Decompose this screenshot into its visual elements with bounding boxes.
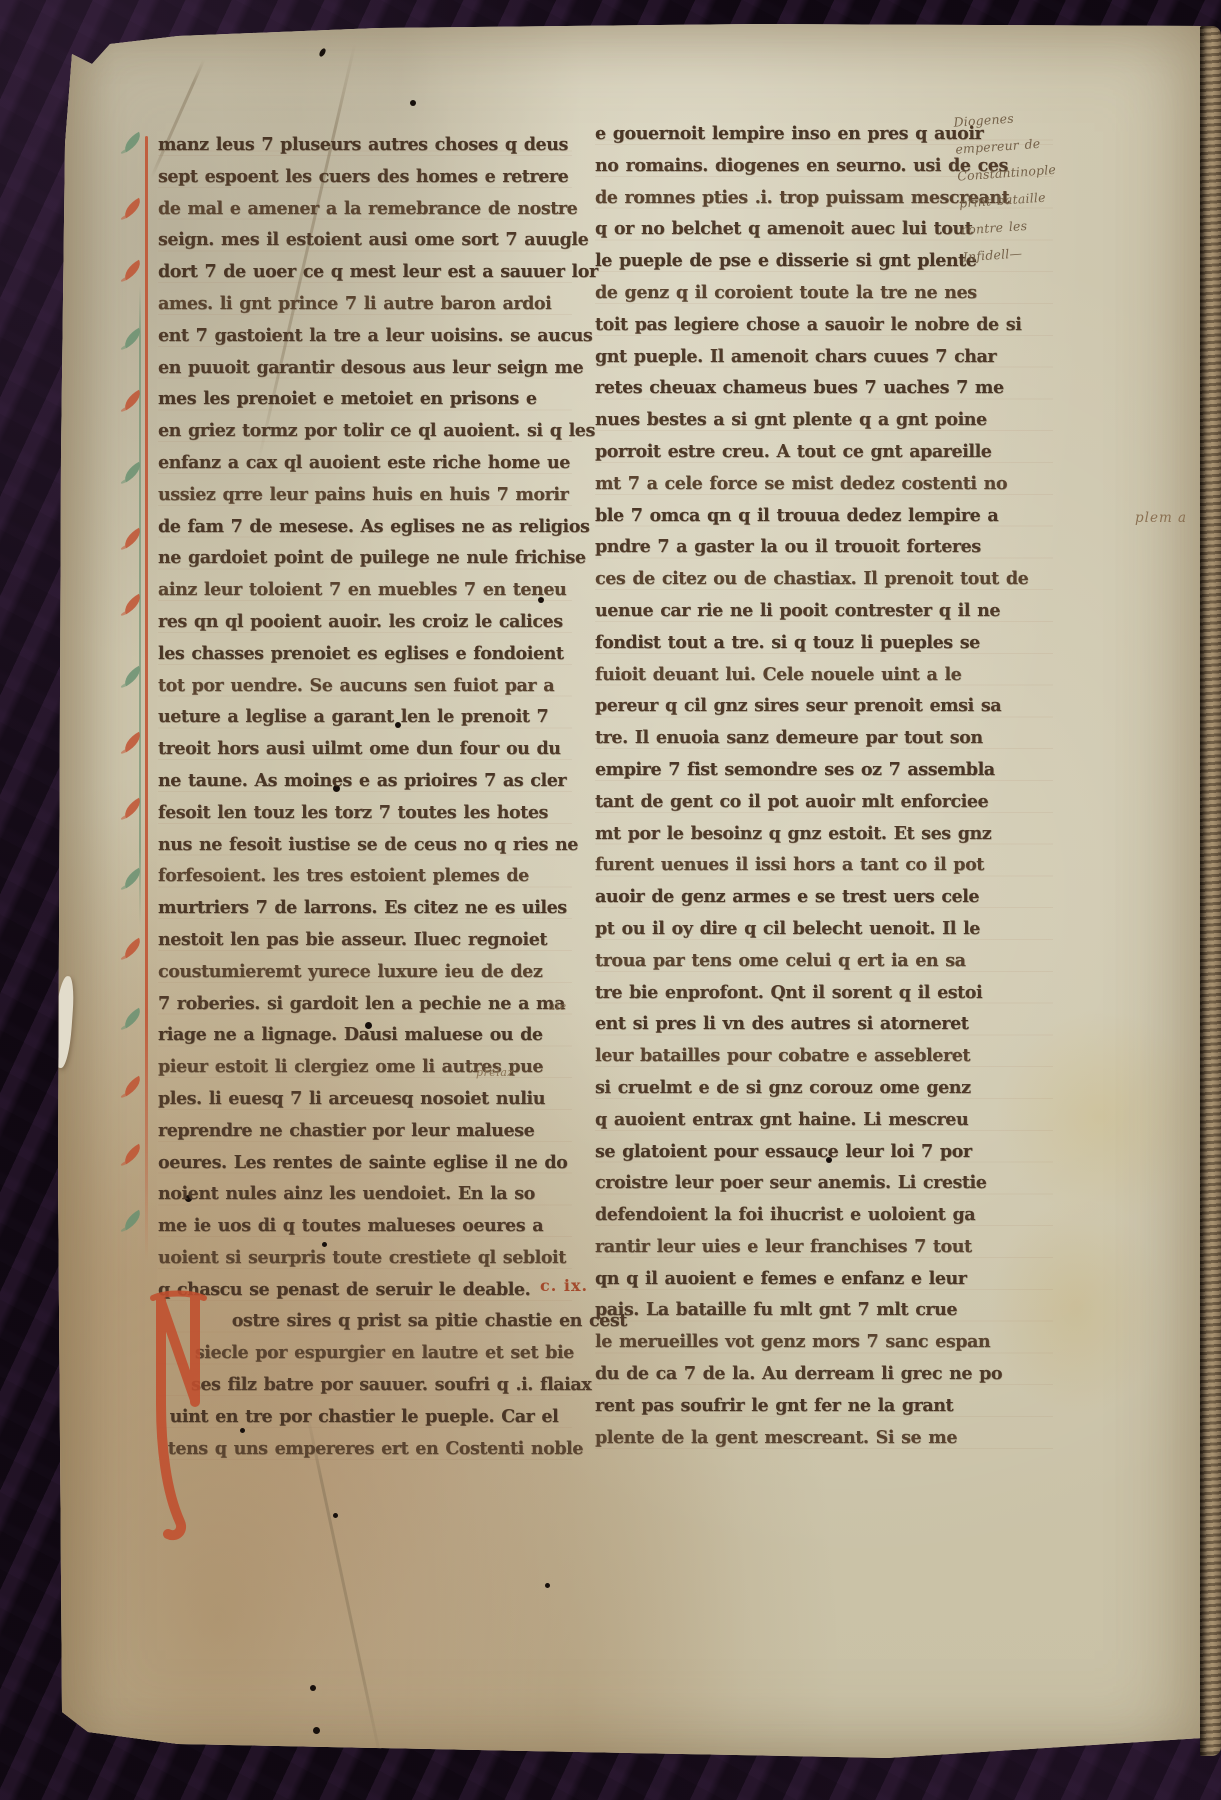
- parchment-edge-tear: [52, 976, 75, 1069]
- manuscript-text-line: auoir de genz armes e se trest uers cele: [595, 881, 1039, 913]
- manuscript-text-line: ames. li gnt prince 7 li autre baron ard…: [158, 288, 560, 320]
- manuscript-text-line: pereur q cil gnz sires seur prenoit emsi…: [595, 690, 1039, 722]
- pen-flourish-leaf: [120, 1144, 144, 1164]
- manuscript-text-line: tre bie enprofont. Qnt il sorent q il es…: [595, 977, 1039, 1009]
- manuscript-text-line: qn q il auoient e femes e enfanz e leur: [595, 1263, 1039, 1295]
- manuscript-text-line: tens q uns empereres ert en Costenti nob…: [158, 1433, 560, 1465]
- manuscript-text-line: dort 7 de uoer ce q mest leur est a sauu…: [158, 256, 560, 288]
- manuscript-text-line: tre. Il enuoia sanz demeure par tout son: [595, 722, 1039, 754]
- manuscript-text-line: pt ou il oy dire q cil belecht uenoit. I…: [595, 913, 1039, 945]
- ink-speck: [545, 1583, 550, 1588]
- manuscript-text-line: fuioit deuant lui. Cele nouele uint a le: [595, 659, 1039, 691]
- manuscript-text-line: plente de la gent mescreant. Si se me: [595, 1422, 1039, 1454]
- manuscript-text-line: tot por uendre. Se aucuns sen fuiot par …: [158, 670, 560, 702]
- green-border-line: [139, 286, 141, 926]
- red-border-line: [145, 136, 148, 1261]
- manuscript-text-line: de genz q il coroient toute la tre ne ne…: [595, 277, 1039, 309]
- manuscript-text-line: se glatoient pour essauce leur loi 7 por: [595, 1136, 1039, 1168]
- manuscript-text-line: de mal e amener a la remebrance de nostr…: [158, 193, 560, 225]
- manuscript-text-line: q auoient entrax gnt haine. Li mescreu: [595, 1104, 1039, 1136]
- later-marginal-annotation: Diogenesempereur deConstantinopleprint b…: [953, 96, 1154, 271]
- manuscript-text-line: troua par tens ome celui q ert ia en sa: [595, 945, 1039, 977]
- manuscript-text-line: mes les prenoiet e metoiet en prisons e: [158, 383, 560, 415]
- pen-flourish-leaf: [120, 132, 144, 152]
- manuscript-text-line: res qn ql pooient auoir. les croiz le ca…: [158, 606, 560, 638]
- manuscript-text-line: murtriers 7 de larrons. Es citez ne es u…: [158, 892, 560, 924]
- manuscript-text-line: sept espoent les cuers des homes e retre…: [158, 161, 560, 193]
- ink-speck: [318, 47, 327, 57]
- manuscript-text-line: porroit estre creu. A tout ce gnt aparei…: [595, 436, 1039, 468]
- ink-speck: [333, 1513, 338, 1518]
- manuscript-text-line: nus ne fesoit iustise se de ceus no q ri…: [158, 829, 560, 861]
- interlinear-gloss: prelaz: [476, 1066, 514, 1079]
- manuscript-text-line: forfesoient. les tres estoient plemes de: [158, 860, 560, 892]
- manuscript-text-line: ble 7 omca qn q il trouua dedez lempire …: [595, 500, 1039, 532]
- manuscript-text-line: le merueilles vot genz mors 7 sanc espan: [595, 1326, 1039, 1358]
- pen-flourish-leaf: [120, 1008, 144, 1028]
- pen-flourish-leaf: [120, 260, 144, 280]
- manuscript-text-line: en puuoit garantir desous aus leur seign…: [158, 352, 560, 384]
- illuminated-initial-N: [146, 1286, 212, 1546]
- manuscript-text-line: oeures. Les rentes de sainte eglise il n…: [158, 1147, 560, 1179]
- pen-flourish-leaf: [120, 1076, 144, 1096]
- manuscript-text-line: retes cheuax chameus bues 7 uaches 7 me: [595, 372, 1039, 404]
- interlinear-gloss: uie: [548, 1000, 567, 1013]
- manuscript-text-line: ne taune. As moines e as prioires 7 as c…: [158, 765, 560, 797]
- chapter-number-rubric: c. ix.: [540, 1276, 588, 1295]
- manuscript-text-line: si cruelmt e de si gnz corouz ome genz: [595, 1072, 1039, 1104]
- manuscript-text-line: rent pas soufrir le gnt fer ne la grant: [595, 1390, 1039, 1422]
- manuscript-text-line: fesoit len touz les torz 7 toutes les ho…: [158, 797, 560, 829]
- manuscript-text-line: ses filz batre por sauuer. soufri q .i. …: [158, 1369, 560, 1401]
- manuscript-text-line: de fam 7 de mesese. As eglises ne as rel…: [158, 511, 560, 543]
- text-column-left: manz leus 7 pluseurs autres choses q deu…: [158, 129, 572, 1469]
- ink-speck: [313, 1727, 320, 1734]
- manuscript-text-line: ainz leur toloient 7 en muebles 7 en ten…: [158, 574, 560, 606]
- manuscript-text-line: tant de gent co il pot auoir mlt enforci…: [595, 786, 1039, 818]
- manuscript-text-line: ent 7 gastoient la tre a leur uoisins. s…: [158, 320, 560, 352]
- marginal-correction: plem a: [1135, 510, 1187, 526]
- manuscript-text-line: coustumieremt yurece luxure ieu de dez: [158, 956, 560, 988]
- manuscript-text-line: ueture a leglise a garant len le prenoit…: [158, 701, 560, 733]
- manuscript-text-line: noient nules ainz les uendoiet. En la so: [158, 1178, 560, 1210]
- manuscript-text-line: reprendre ne chastier por leur maluese: [158, 1115, 560, 1147]
- manuscript-photo: { "document": { "type": "Medieval manusc…: [0, 0, 1221, 1800]
- manuscript-text-line: siecle por espurgier en lautre et set bi…: [158, 1337, 560, 1369]
- manuscript-text-line: seign. mes il estoient ausi ome sort 7 a…: [158, 224, 560, 256]
- manuscript-text-line: ces de citez ou de chastiax. Il prenoit …: [595, 563, 1039, 595]
- manuscript-text-line: rantir leur uies e leur franchises 7 tou…: [595, 1231, 1039, 1263]
- manuscript-text-line: gnt pueple. Il amenoit chars cuues 7 cha…: [595, 341, 1039, 373]
- manuscript-text-line: defendoient la foi ihucrist e uoloient g…: [595, 1199, 1039, 1231]
- manuscript-text-line: du de ca 7 de la. Au derream li grec ne …: [595, 1358, 1039, 1390]
- manuscript-text-line: en griez tormz por tolir ce ql auoient. …: [158, 415, 560, 447]
- parchment-page: manz leus 7 pluseurs autres choses q deu…: [58, 24, 1202, 1758]
- ink-speck: [310, 1685, 316, 1691]
- pen-flourish-border: [128, 136, 156, 1266]
- manuscript-text-line: nues bestes a si gnt plente q a gnt poin…: [595, 404, 1039, 436]
- manuscript-text-line: enfanz a cax ql auoient este riche home …: [158, 447, 560, 479]
- manuscript-text-line: uenue car rie ne li pooit contrester q i…: [595, 595, 1039, 627]
- manuscript-text-line: mt por le besoinz q gnz estoit. Et ses g…: [595, 818, 1039, 850]
- manuscript-text-line: ussiez qrre leur pains huis en huis 7 mo…: [158, 479, 560, 511]
- manuscript-text-line: ples. li euesq 7 li arceuesq nosoiet nul…: [158, 1083, 560, 1115]
- manuscript-text-line: les chasses prenoiet es eglises e fondoi…: [158, 638, 560, 670]
- manuscript-text-line: 7 roberies. si gardoit len a pechie ne a…: [158, 988, 560, 1020]
- manuscript-text-line: manz leus 7 pluseurs autres choses q deu…: [158, 129, 560, 161]
- text-column-right: e gouernoit lempire inso en pres q auoir…: [595, 118, 1053, 1458]
- manuscript-text-line: ent si pres li vn des autres si atornere…: [595, 1008, 1039, 1040]
- manuscript-text-line: treoit hors ausi uilmt ome dun four ou d…: [158, 733, 560, 765]
- manuscript-text-line: toit pas legiere chose a sauoir le nobre…: [595, 309, 1039, 341]
- manuscript-text-line: furent uenues il issi hors a tant co il …: [595, 849, 1039, 881]
- manuscript-text-line: fondist tout a tre. si q touz li pueples…: [595, 627, 1039, 659]
- pen-flourish-leaf: [120, 938, 144, 958]
- manuscript-text-line: uoient si seurpris toute crestiete ql se…: [158, 1242, 560, 1274]
- manuscript-text-line: q chascu se penast de seruir le deable.: [158, 1274, 560, 1306]
- manuscript-text-line: leur batailles pour cobatre e assebleret: [595, 1040, 1039, 1072]
- manuscript-text-line: ne gardoiet point de puilege ne nule fri…: [158, 542, 560, 574]
- manuscript-text-line: empire 7 fist semondre ses oz 7 assembla: [595, 754, 1039, 786]
- manuscript-text-line: ostre sires q prist sa pitie chastie en …: [158, 1305, 560, 1337]
- book-fore-edge-pages: [1200, 26, 1221, 1756]
- ink-speck: [410, 100, 416, 106]
- manuscript-text-line: uint en tre por chastier le pueple. Car …: [158, 1401, 560, 1433]
- manuscript-text-line: me ie uos di q toutes malueses oeures a: [158, 1210, 560, 1242]
- manuscript-text-line: pndre 7 a gaster la ou il trouoit forter…: [595, 531, 1039, 563]
- manuscript-text-line: pais. La bataille fu mlt gnt 7 mlt crue: [595, 1294, 1039, 1326]
- pen-flourish-leaf: [120, 1210, 144, 1230]
- manuscript-text-line: mt 7 a cele force se mist dedez costenti…: [595, 468, 1039, 500]
- pen-flourish-leaf: [120, 198, 144, 218]
- manuscript-text-line: croistre leur poer seur anemis. Li crest…: [595, 1167, 1039, 1199]
- manuscript-text-line: nestoit len pas bie asseur. Iluec regnoi…: [158, 924, 560, 956]
- manuscript-text-line: riage ne a lignage. Dausi maluese ou de: [158, 1019, 560, 1051]
